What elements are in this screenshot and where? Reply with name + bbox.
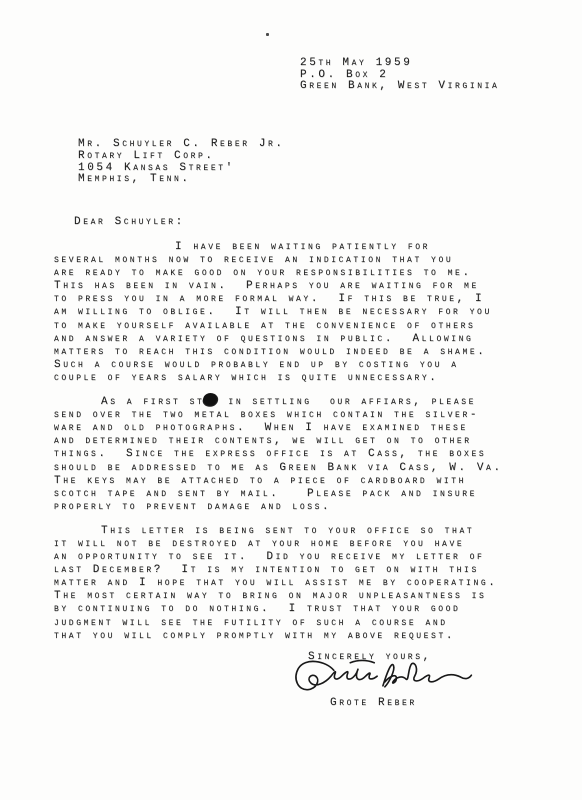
letter-line: am willing to oblige. It will then be ne… [54,306,554,319]
letter-line: to make yourself available at the conven… [54,320,554,333]
letter-line: The keys may be attached to a piece of c… [54,475,554,488]
paragraph-1: I have been waiting patiently for severa… [54,241,554,385]
origin-city-line: Green Bank, West Virginia [300,81,499,93]
letter-line: matter and I hope that you will assist m… [54,577,554,590]
letter-line: scotch tape and sent by mail. Please pac… [54,488,554,501]
letter-line: and determined their contents, we will g… [54,435,554,448]
letter-page: 25th May 1959 P.O. Box 2 Green Bank, Wes… [0,0,582,800]
letter-line: ware and old photographs. When I have ex… [54,422,554,435]
letter-line: it will not be destroyed at your home be… [54,538,554,551]
letter-line: to press you in a more formal way. If th… [54,293,554,306]
letter-line: As a first step in settling our affiars,… [54,396,554,409]
scan-speck [266,33,269,36]
date-line: 25th May 1959 [300,58,499,70]
recipient-company: Rotary Lift Corp. [78,151,285,163]
date-block: 25th May 1959 P.O. Box 2 Green Bank, Wes… [300,58,499,93]
letter-line: The most certain way to bring on major u… [54,590,554,603]
letter-line: are ready to make good on your responsib… [54,267,554,280]
salutation: Dear Schuyler: [74,216,185,228]
letter-line: by continuing to do nothing. I trust tha… [54,603,554,616]
letter-line: properly to prevent damage and loss. [54,501,554,514]
paragraph-3: This letter is being sent to your office… [54,525,554,643]
letter-line: things. Since the express office is at C… [54,448,554,461]
letter-line: matters to reach this condition would in… [54,346,554,359]
letter-line: I have been waiting patiently for [54,241,554,254]
letter-line: that you will comply promptly with my ab… [54,630,554,643]
typed-signature-name: Grote Reber [330,697,417,709]
letter-line: and answer a variety of questions in pub… [54,333,554,346]
letter-body: I have been waiting patiently for severa… [54,241,554,643]
letter-line: This letter is being sent to your office… [54,525,554,538]
letter-line: last December? It is my intention to get… [54,564,554,577]
recipient-city: Memphis, Tenn. [78,174,285,186]
recipient-block: Mr. Schuyler C. Reber Jr. Rotary Lift Co… [78,139,285,186]
letter-line: judgment will see the futility of such a… [54,617,554,630]
letter-line: Such a course would probably end up by c… [54,359,554,372]
letter-line: This has been in vain. Perhaps you are w… [54,280,554,293]
letter-line: several months now to receive an indicat… [54,254,554,267]
letter-line: send over the two metal boxes which cont… [54,409,554,422]
letter-line: couple of years salary which is quite un… [54,372,554,385]
letter-line: should be addressed to me as Green Bank … [54,462,554,475]
letter-line: an opportunity to see it. Did you receiv… [54,551,554,564]
paragraph-2: As a first step in settling our affiars,… [54,396,554,514]
